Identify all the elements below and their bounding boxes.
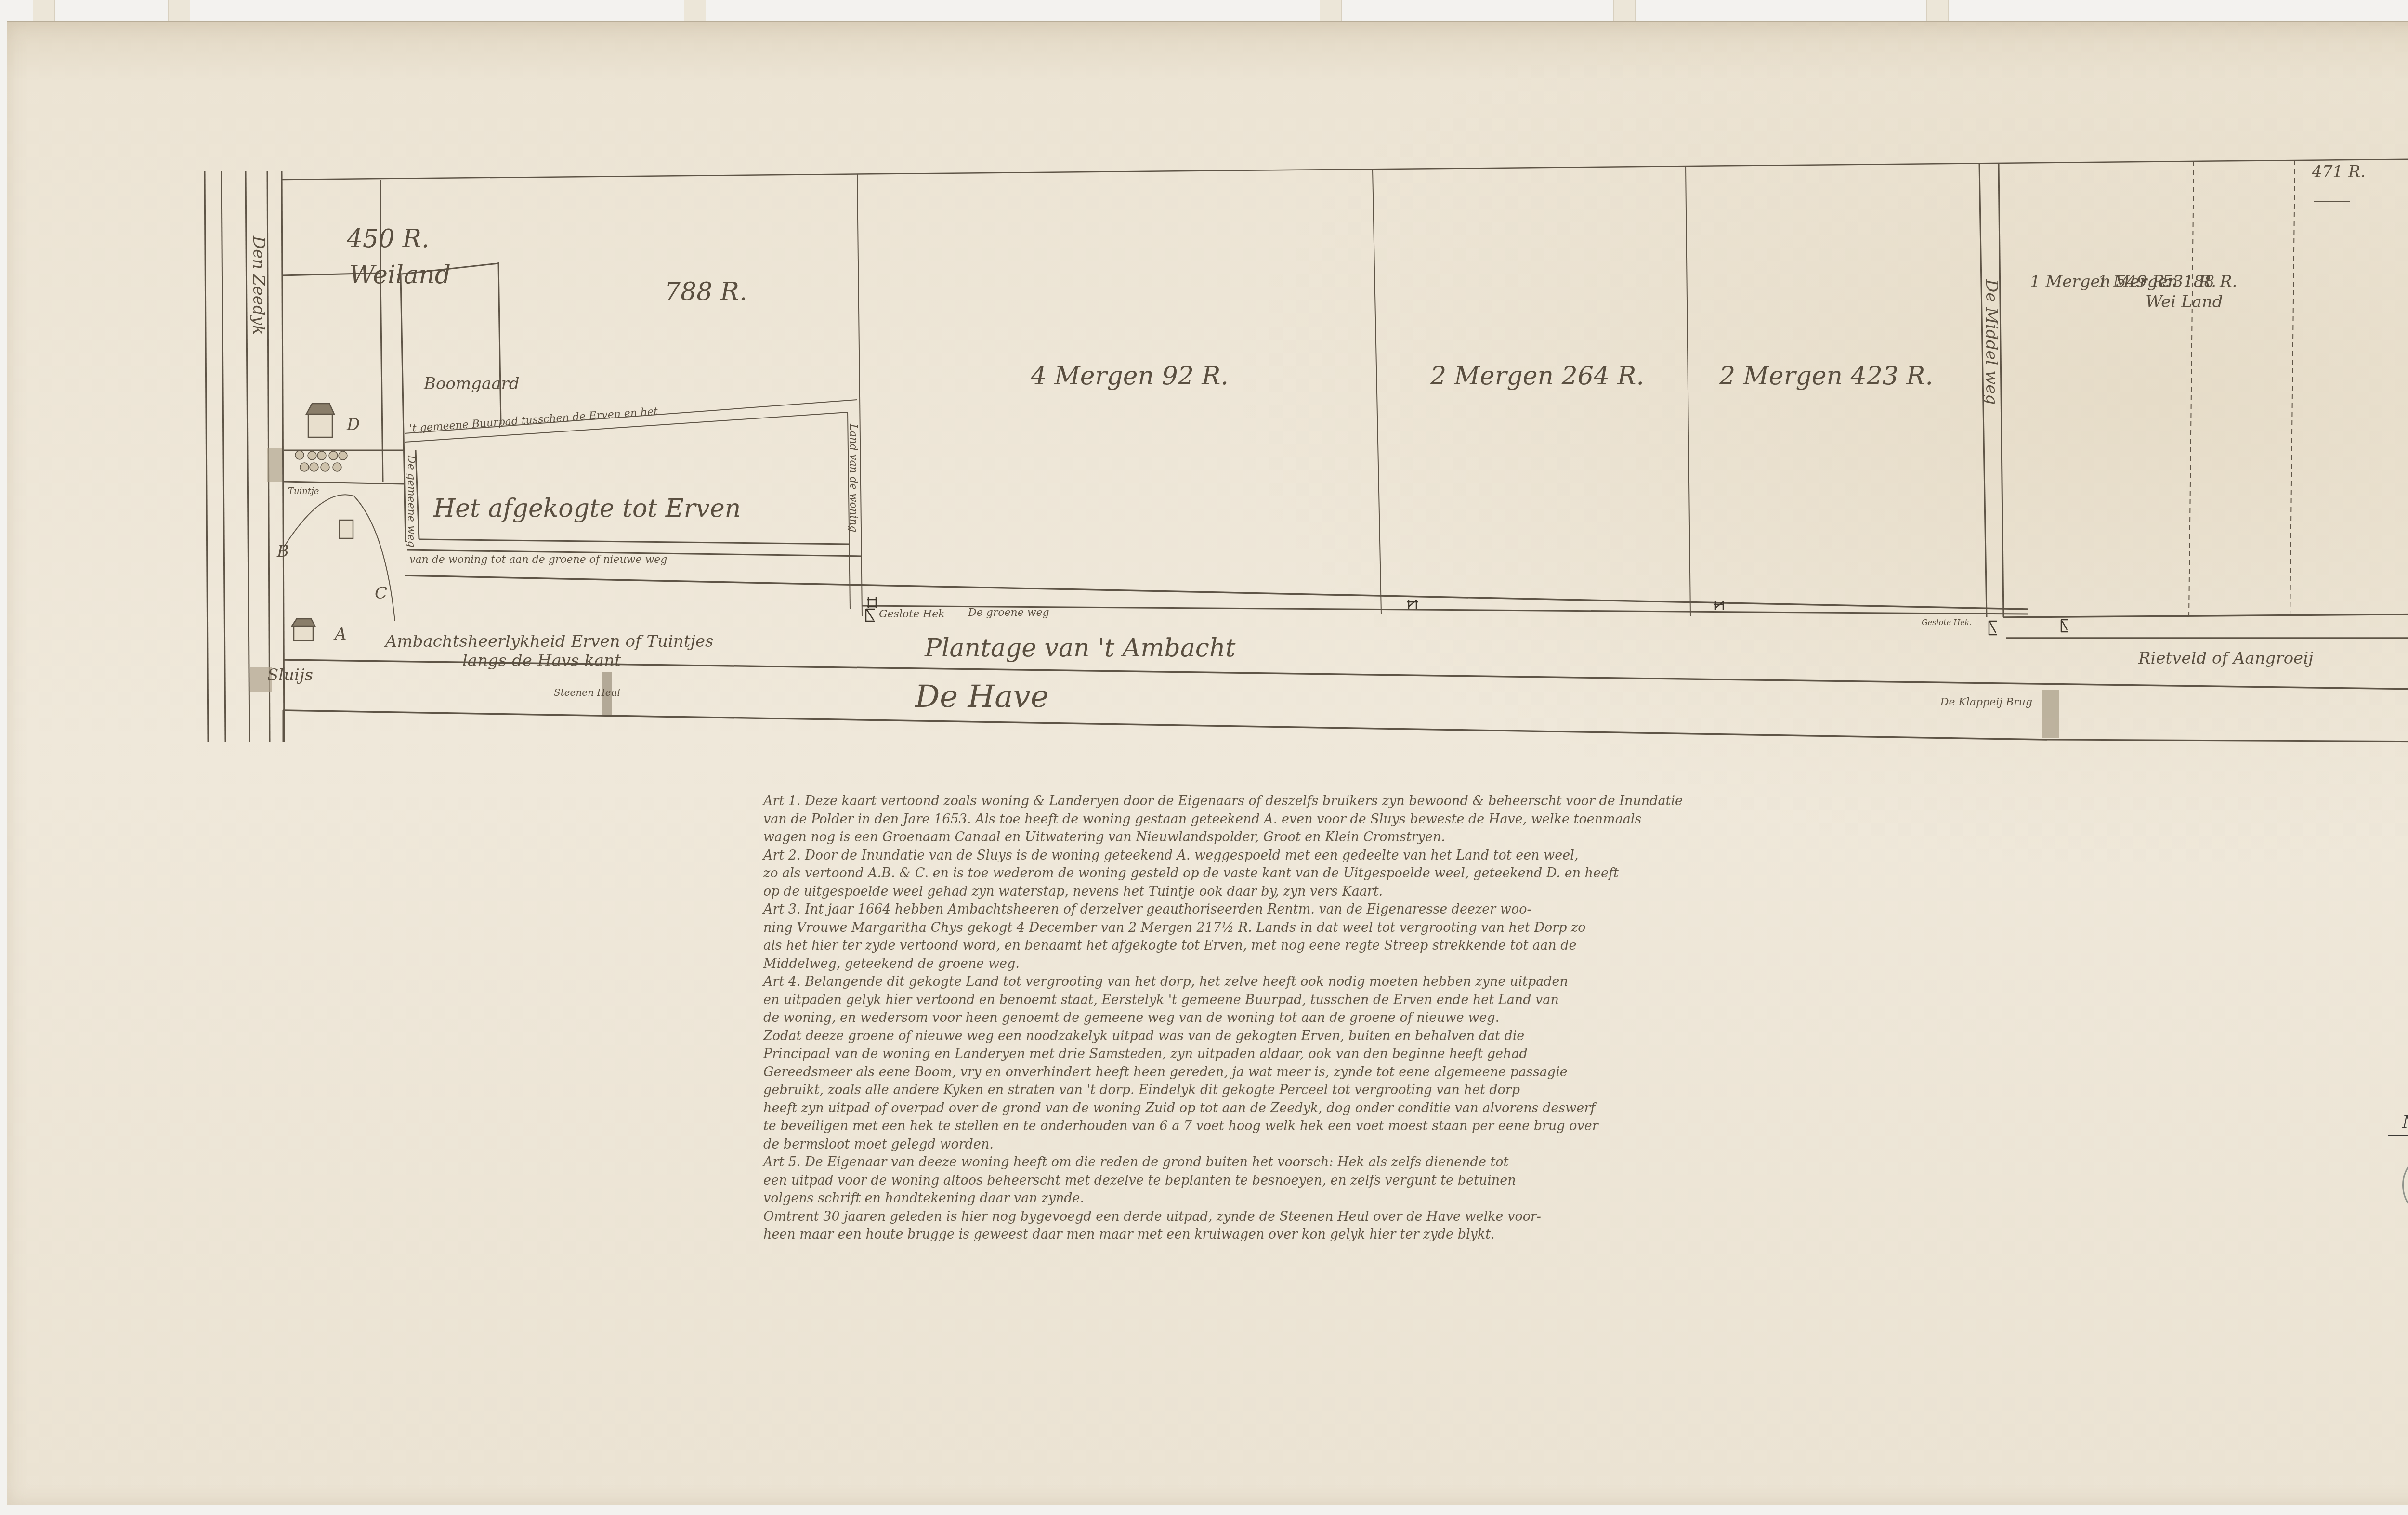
parcel-area-471: 471 R. [2312, 164, 2366, 180]
note-line: de bermsloot moet gelegd worden. [763, 1136, 1871, 1154]
note-line: Art 5. De Eigenaar van deeze woning heef… [763, 1153, 1871, 1172]
note-line: Middelweg, geteekend de groene weg. [763, 955, 1871, 973]
parcel-area-531: 531 R. [2162, 274, 2216, 290]
parcel-use-weiland-2: Wei Land [2146, 294, 2223, 310]
note-line: Omtrent 30 jaaren geleden is hier nog by… [763, 1208, 1871, 1226]
note-line: de woning, en wedersom voor heen genoemt… [763, 1009, 1871, 1027]
note-line: volgens schrift en handtekening daar van… [763, 1189, 1871, 1208]
erven-label-line2: langs de Havs kant [462, 653, 621, 669]
note-line: Art 2. Door de Inundatie van de Sluys is… [763, 847, 1871, 865]
note-line: te beveiligen met een hek te stellen en … [763, 1117, 1871, 1136]
note-line: en uitpaden gelyk hier vertoond en benoe… [763, 991, 1871, 1009]
parcel-use-weiland-1: Weiland [349, 262, 451, 287]
note-line: op de uitgespoelde weel gehad zyn waters… [763, 883, 1871, 901]
rietveld-label: Rietveld of Aangroeij [2138, 650, 2314, 666]
parcel-use-boomgaard: Boomgaard [424, 376, 520, 392]
note-line: zo als vertoond A.B. & C. en is toe wede… [763, 864, 1871, 883]
note-line: Zodat deeze groene of nieuwe weg een noo… [763, 1027, 1871, 1045]
parcel-use-afgekogte-erven: Het afgekogte tot Erven [433, 496, 741, 521]
parcel-area-2-mergen-264: 2 Mergen 264 R. [1430, 364, 1644, 389]
klappeij-bridge-hatch [2042, 690, 2059, 738]
sheet-number: No. 8 [2388, 1112, 2408, 1136]
gate-label-1: Geslote Hek [879, 609, 945, 620]
note-line: heeft zyn uitpad of overpad over de gron… [763, 1099, 1871, 1118]
tuintje-label: Tuintje [288, 487, 319, 496]
road-label-groene-weg-full: van de woning tot aan de groene of nieuw… [409, 555, 667, 565]
marker-d: D [347, 417, 360, 433]
parcel-area-788: 788 R. [665, 279, 747, 304]
gate-label-2: Geslote Hek. [1922, 619, 1972, 627]
sluice-label: Sluijs [267, 667, 313, 683]
marker-a: A [335, 626, 347, 642]
note-line: van de Polder in den Jare 1653. Als toe … [763, 810, 1871, 829]
marker-b: B [277, 543, 289, 560]
parcel-area-2-mergen-423: 2 Mergen 423 R. [1719, 364, 1933, 389]
marker-c: C [375, 585, 387, 601]
note-line: gebruikt, zoals alle andere Kyken en str… [763, 1081, 1871, 1099]
road-label-zeedyk: Den Zeedyk [250, 236, 267, 335]
stamp-text: AMBT: HEEREN VAN CROMSTRYEN [2399, 1140, 2408, 1150]
note-line: Principaal van de woning en Landeryen me… [763, 1045, 1871, 1063]
road-label-gemeene-weg: De gemeene weg [406, 455, 416, 548]
stone-dam-label: Steenen Heul [554, 688, 620, 697]
note-line: als het hier ter zyde vertoond word, en … [763, 937, 1871, 955]
note-line: wagen nog is een Groenaam Canaal en Uitw… [763, 828, 1871, 847]
annotation-text: Art 1. Deze kaart vertoond zoals woning … [763, 792, 1871, 1244]
parcel-area-450: 450 R. [347, 226, 429, 251]
note-line: heen maar een houte brugge is geweest da… [763, 1226, 1871, 1244]
erven-label: Ambachtsheerlykheid Erven of Tuintjes [385, 633, 714, 650]
note-line: ning Vrouwe Margaritha Chys gekogt 4 Dec… [763, 919, 1871, 937]
note-line: Art 4. Belangende dit gekogte Land tot v… [763, 973, 1871, 991]
note-line: Art 3. Int jaar 1664 hebben Ambachtsheer… [763, 901, 1871, 919]
note-line: Gereedsmeer als eene Boom, vry en onverh… [763, 1063, 1871, 1082]
road-label-groene-weg: De groene weg [968, 608, 1049, 618]
road-label-middel-weg: De Middel weg [1983, 279, 2000, 405]
road-label-de-have: De Have [915, 681, 1049, 712]
note-line: Art 1. Deze kaart vertoond zoals woning … [763, 792, 1871, 810]
klappeij-bridge-label: De Klappeij Brug [1936, 697, 2032, 708]
parcel-area-4-mergen-92: 4 Mergen 92 R. [1031, 364, 1229, 389]
note-line: een uitpad voor de woning altoos beheers… [763, 1172, 1871, 1190]
road-label-plantage: Plantage van 't Ambacht [925, 636, 1235, 661]
road-label-land-woning: Land van de woning [848, 424, 858, 532]
